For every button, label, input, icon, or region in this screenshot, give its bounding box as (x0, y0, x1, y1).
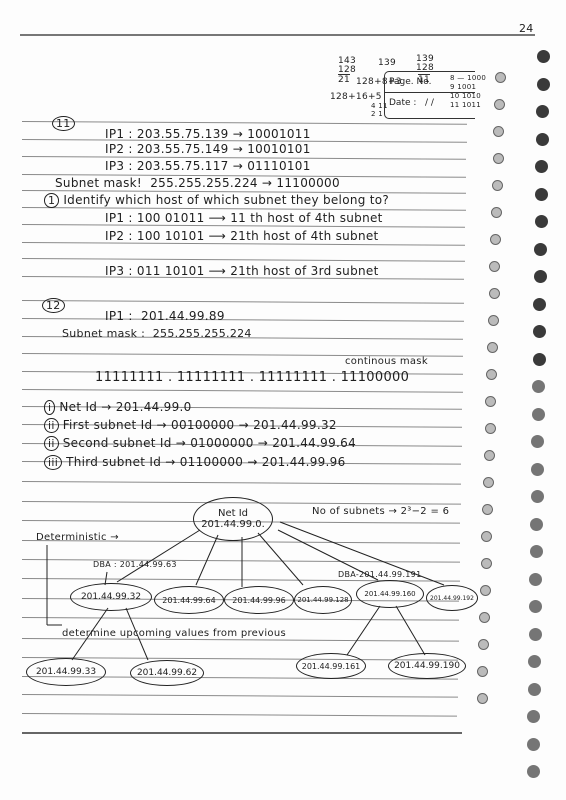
subnet-node-3: 201.44.99.96 (224, 586, 294, 614)
host-node-left-2: 201.44.99.62 (130, 660, 204, 686)
deterministic-label: Deterministic → (36, 532, 119, 543)
subnet-node-5: 201.44.99.160 (356, 580, 424, 608)
host-node-right-2: 201.44.99.190 (388, 653, 466, 679)
subnet-node-1: 201.44.99.32 (70, 583, 152, 611)
dba-left: DBA : 201.44.99.63 (93, 560, 177, 569)
host-node-left-1: 201.44.99.33 (26, 658, 106, 686)
host-node-right-1: 201.44.99.161 (296, 653, 366, 679)
dba-right: DBA-201.44.99.191 (338, 570, 421, 579)
subnet-count-note: No of subnets → 2³−2 = 6 (312, 506, 449, 517)
tree-root-node: Net Id201.44.99.0. (193, 497, 273, 541)
determine-note: determine upcoming values from previous (62, 628, 286, 639)
subnet-node-2: 201.44.99.64 (154, 586, 224, 614)
subnet-node-6: 201.44.99.192 (426, 585, 478, 611)
subnet-node-4: 201.44.99.128 (294, 586, 352, 614)
notebook-page: 24 143 128 21 139 139 128 11 128+8+3 128… (0, 0, 566, 800)
